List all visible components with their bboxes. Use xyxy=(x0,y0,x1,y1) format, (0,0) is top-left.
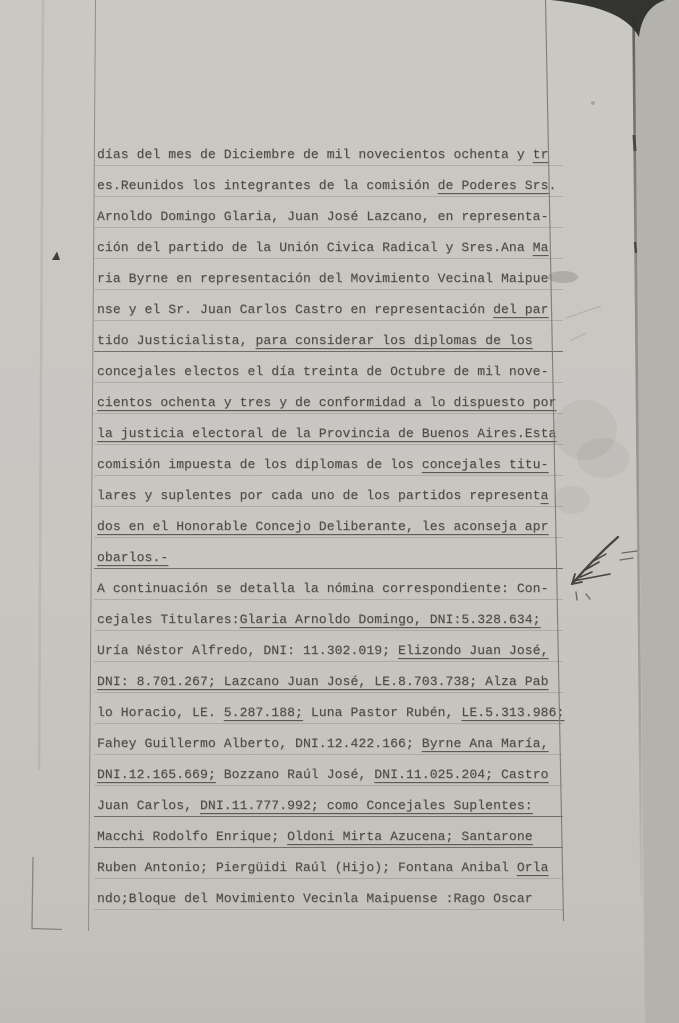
underlined-text-segment: Elizondo Juan José, xyxy=(398,643,549,658)
background-beyond-page xyxy=(634,0,679,1023)
underlined-text-segment: del par xyxy=(493,302,548,317)
text-segment: Bozzano Raúl José, xyxy=(216,767,374,782)
edge-tick xyxy=(634,135,635,151)
text-segment: tido Justicialista, xyxy=(97,333,255,348)
typed-line: cientos ochenta y tres y de conformidad … xyxy=(97,387,559,418)
typed-line: DNI.12.165.669; Bozzano Raúl José, DNI.1… xyxy=(97,759,559,790)
faint-scratches xyxy=(566,306,601,341)
page-curl-shadow xyxy=(551,0,665,37)
text-segment: comisión impuesta de los diplomas de los xyxy=(97,457,422,472)
underlined-text-segment: concejales titu- xyxy=(422,457,549,472)
text-segment: lo Horacio, LE. xyxy=(97,705,224,720)
typed-line: Uría Néstor Alfredo, DNI: 11.302.019; El… xyxy=(97,635,559,666)
typed-line: ndo;Bloque del Movimiento Vecinla Maipue… xyxy=(97,883,559,914)
text-segment: cejales Titulares: xyxy=(97,612,240,627)
text-segment: Uría Néstor Alfredo, DNI: 11.302.019; xyxy=(97,643,398,658)
underlined-text-segment: obarlos.- xyxy=(97,550,168,565)
typed-line: ria Byrne en representación del Movimien… xyxy=(97,263,559,294)
text-segment: ción del partido de la Unión Civica Radi… xyxy=(97,240,533,255)
text-segment: nse y el Sr. Juan Carlos Castro en repre… xyxy=(97,302,493,317)
text-segment: Juan Carlos, xyxy=(97,798,200,813)
text-segment: concejales electos el día treinta de Oct… xyxy=(97,364,549,379)
typed-line: A continuación se detalla la nómina corr… xyxy=(97,573,559,604)
left-margin-line xyxy=(89,0,96,931)
typed-line: comisión impuesta de los diplomas de los… xyxy=(97,449,559,480)
underlined-text-segment: Glaria Arnoldo Domingo, DNI:5.328.634; xyxy=(240,612,541,627)
triangle-mark xyxy=(52,252,60,261)
typed-line: cejales Titulares:Glaria Arnoldo Domingo… xyxy=(97,604,559,635)
underlined-text-segment: tr xyxy=(533,147,549,162)
smudge-cluster-2 xyxy=(577,438,629,478)
text-segment: es.Reunidos los integrantes de la comisi… xyxy=(97,178,438,193)
smudge-cluster-3 xyxy=(554,486,590,514)
underlined-text-segment: dos en el Honorable Concejo Deliberante,… xyxy=(97,519,549,534)
typed-line: DNI: 8.701.267; Lazcano Juan José, LE.8.… xyxy=(97,666,559,697)
text-segment: Luna Pastor Rubén, xyxy=(303,705,461,720)
typed-line: concejales electos el día treinta de Oct… xyxy=(97,356,559,387)
underlined-text-segment: cientos ochenta y tres y de conformidad … xyxy=(97,395,556,410)
typed-line: lares y suplentes por cada uno de los pa… xyxy=(97,480,559,511)
typed-line: Arnoldo Domingo Glaria, Juan José Lazcan… xyxy=(97,201,559,232)
typed-text-block: días del mes de Diciembre de mil novecie… xyxy=(97,139,559,914)
underlined-text-segment: LE.5.313.986; xyxy=(461,705,564,720)
underlined-text-segment: DNI.12.165.669; xyxy=(97,767,216,782)
faint-dot xyxy=(591,101,595,105)
typed-line: lo Horacio, LE. 5.287.188; Luna Pastor R… xyxy=(97,697,559,728)
scanned-document-page: días del mes de Diciembre de mil novecie… xyxy=(0,0,679,1023)
underlined-text-segment: Byrne Ana María, xyxy=(422,736,549,751)
underlined-text-segment: Orla xyxy=(517,860,549,875)
underlined-text-segment: para considerar los diplomas de los xyxy=(255,333,532,348)
text-segment: ria Byrne en representación del Movimien… xyxy=(97,271,549,286)
typed-line: ción del partido de la Unión Civica Radi… xyxy=(97,232,559,263)
typed-line: la justicia electoral de la Provincia de… xyxy=(97,418,559,449)
text-segment: Macchi Rodolfo Enrique; xyxy=(97,829,287,844)
typed-line: Macchi Rodolfo Enrique; Oldoni Mirta Azu… xyxy=(97,821,559,852)
typed-line: Ruben Antonio; Piergüidi Raúl (Hijo); Fo… xyxy=(97,852,559,883)
typed-line: dos en el Honorable Concejo Deliberante,… xyxy=(97,511,559,542)
edge-tick-2 xyxy=(635,242,636,253)
underlined-text-segment: DNI.11.777.992; como Concejales Suplente… xyxy=(200,798,533,813)
pen-scribble xyxy=(572,537,637,600)
text-segment: lares y suplentes por cada uno de los pa… xyxy=(97,488,541,503)
underlined-text-segment: Ma xyxy=(533,240,549,255)
smudge-cluster xyxy=(553,400,617,460)
text-segment: Ruben Antonio; Piergüidi Raúl (Hijo); Fo… xyxy=(97,860,517,875)
text-segment: A continuación se detalla la nómina corr… xyxy=(97,581,549,596)
underlined-text-segment: a xyxy=(541,488,549,503)
typed-line: tido Justicialista, para considerar los … xyxy=(97,325,559,356)
underlined-text-segment: la justicia electoral de la Provincia de… xyxy=(97,426,556,441)
paper-crease xyxy=(39,0,43,770)
text-segment: ndo;Bloque del Movimiento Vecinla Maipue… xyxy=(97,891,533,906)
pencil-corner-mark xyxy=(32,857,62,930)
text-segment: Fahey Guillermo Alberto, DNI.12.422.166; xyxy=(97,736,422,751)
underlined-text-segment: 5.287.188; xyxy=(224,705,303,720)
typed-line: Fahey Guillermo Alberto, DNI.12.422.166;… xyxy=(97,728,559,759)
typed-line: Juan Carlos, DNI.11.777.992; como Concej… xyxy=(97,790,559,821)
underlined-text-segment: de Poderes Srs xyxy=(438,178,549,193)
text-segment: días del mes de Diciembre de mil novecie… xyxy=(97,147,533,162)
typed-line: días del mes de Diciembre de mil novecie… xyxy=(97,139,559,170)
typed-line: es.Reunidos los integrantes de la comisi… xyxy=(97,170,559,201)
typed-line: nse y el Sr. Juan Carlos Castro en repre… xyxy=(97,294,559,325)
paper-right-edge xyxy=(634,16,642,895)
text-segment: Arnoldo Domingo Glaria, Juan José Lazcan… xyxy=(97,209,549,224)
underlined-text-segment: DNI.11.025.204; Castro xyxy=(374,767,548,782)
text-segment: . xyxy=(549,178,557,193)
underlined-text-segment: DNI: 8.701.267; Lazcano Juan José, LE.8.… xyxy=(97,674,549,689)
underlined-text-segment: Oldoni Mirta Azucena; Santarone xyxy=(287,829,533,844)
typed-line: obarlos.- xyxy=(97,542,559,573)
